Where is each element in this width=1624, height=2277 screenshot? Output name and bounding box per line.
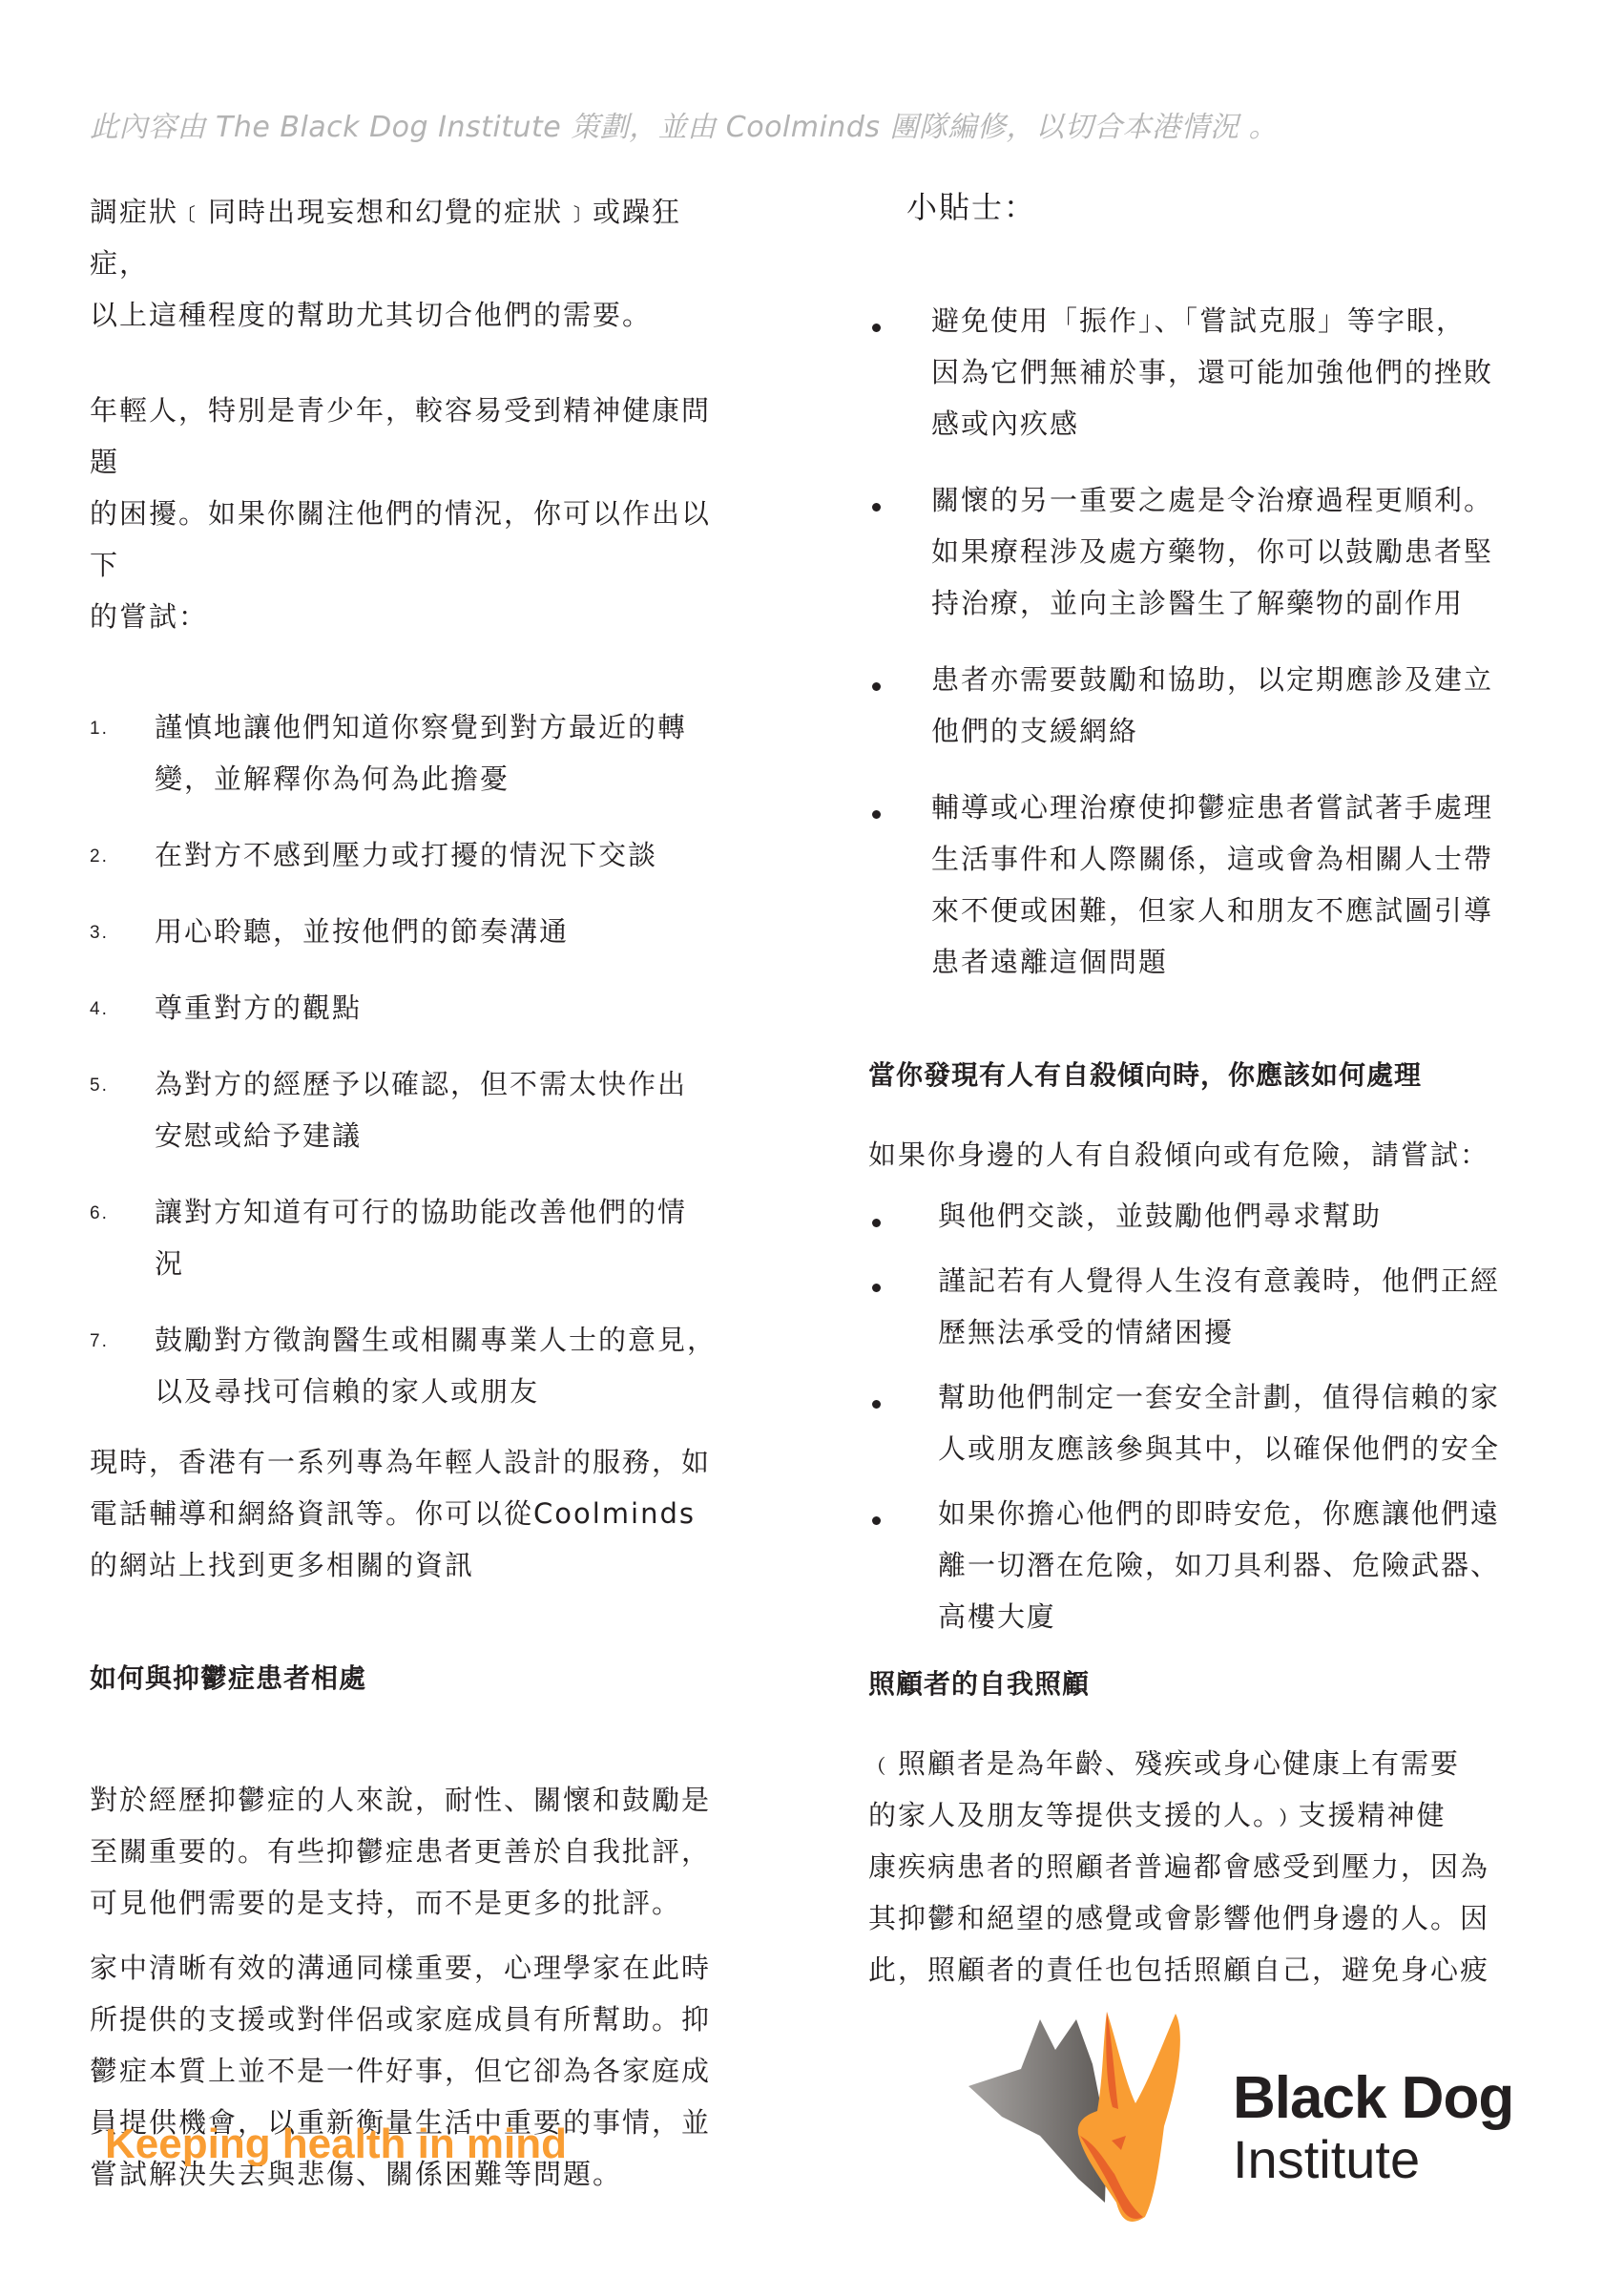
black-dog-institute-logo: Black Dog Institute: [964, 2012, 1536, 2231]
bullet-icon: [872, 324, 881, 332]
section-heading-living-with-depression: 如何與抑鬱症患者相處: [90, 1660, 739, 1698]
list-item: 關懷的另一重要之處是令治療過程更順利。 如果療程涉及處方藥物，你可以鼓勵患者堅 …: [868, 474, 1517, 629]
logo-line-2: Institute: [1233, 2128, 1513, 2191]
list-item: 1. 謹慎地讓他們知道你察覺到對方最近的轉 變，並解釋你為何為此擔憂: [90, 701, 739, 804]
page-header-credit: 此內容由 The Black Dog Institute 策劃，並由 Coolm…: [90, 103, 1426, 145]
list-item: 輔導或心理治療使抑鬱症患者嘗試著手處理 生活事件和人際關係，這或會為相關人士帶 …: [868, 782, 1517, 988]
right-column: 小貼士： 避免使用「振作」、「嘗試克服」等字眼， 因為它們無補於事，還可能加強他…: [868, 186, 1517, 1995]
bullet-icon: [872, 682, 881, 691]
list-item: 3. 用心聆聽，並按他們的節奏溝通: [90, 906, 739, 957]
tips-heading: 小貼士：: [868, 186, 1517, 228]
intro-paragraph: 調症狀﹝同時出現妄想和幻覺的症狀﹞或躁狂症， 以上這種程度的幫助尤其切合他們的需…: [90, 186, 739, 341]
list-item: 患者亦需要鼓勵和協助，以定期應診及建立 他們的支緩網絡: [868, 654, 1517, 757]
logo-wordmark: Black Dog Institute: [1233, 2069, 1513, 2191]
bullet-icon: [872, 1400, 881, 1409]
list-item: 6. 讓對方知道有可行的協助能改善他們的情 況: [90, 1186, 739, 1289]
bullet-icon: [872, 503, 881, 512]
carer-paragraph: ﹙照顧者是為年齡、殘疾或身心健康上有需要 的家人及朋友等提供支援的人。﹚支援精神…: [868, 1738, 1517, 1995]
list-item: 2. 在對方不感到壓力或打擾的情況下交談: [90, 829, 739, 881]
list-item: 避免使用「振作」、「嘗試克服」等字眼， 因為它們無補於事，還可能加強他們的挫敗 …: [868, 295, 1517, 449]
logo-line-1: Black Dog: [1233, 2069, 1513, 2128]
tips-list: 避免使用「振作」、「嘗試克服」等字眼， 因為它們無補於事，還可能加強他們的挫敗 …: [868, 295, 1517, 988]
list-item: 幫助他們制定一套安全計劃，值得信賴的家 人或朋友應該參與其中，以確保他們的安全: [868, 1371, 1517, 1474]
footer-tagline: Keeping health in mind: [105, 2120, 567, 2168]
section-heading-carer-self-care: 照顧者的自我照顧: [868, 1665, 1517, 1703]
left-column: 調症狀﹝同時出現妄想和幻覺的症狀﹞或躁狂症， 以上這種程度的幫助尤其切合他們的需…: [90, 186, 739, 2200]
bullet-icon: [872, 1516, 881, 1525]
section-heading-suicide: 當你發現有人有自殺傾向時，你應該如何處理: [868, 1056, 1517, 1095]
list-item: 7. 鼓勵對方徵詢醫生或相關專業人士的意見， 以及尋找可信賴的家人或朋友: [90, 1314, 739, 1417]
suicide-list: 與他們交談，並鼓勵他們尋求幫助 謹記若有人覺得人生沒有意義時，他們正經 歷無法承…: [868, 1190, 1517, 1642]
bullet-icon: [872, 1219, 881, 1227]
list-item: 4. 尊重對方的觀點: [90, 982, 739, 1034]
suicide-intro: 如果你身邊的人有自殺傾向或有危險，請嘗試：: [868, 1129, 1517, 1180]
list-item: 5. 為對方的經歷予以確認，但不需太快作出 安慰或給予建議: [90, 1058, 739, 1161]
list-item: 與他們交談，並鼓勵他們尋求幫助: [868, 1190, 1517, 1242]
bullet-icon: [872, 1284, 881, 1292]
youth-paragraph: 年輕人，特別是青少年，較容易受到精神健康問題 的困擾。如果你關注他們的情況，你可…: [90, 385, 739, 642]
hand-dog-shadow-icon: [964, 2012, 1221, 2231]
list-item: 如果你擔心他們的即時安危，你應讓他們遠 離一切潛在危險，如刀具利器、危險武器、 …: [868, 1488, 1517, 1642]
steps-list: 1. 謹慎地讓他們知道你察覺到對方最近的轉 變，並解釋你為何為此擔憂 2. 在對…: [90, 701, 739, 1417]
list-item: 謹記若有人覺得人生沒有意義時，他們正經 歷無法承受的情緒困擾: [868, 1255, 1517, 1358]
bullet-icon: [872, 810, 881, 819]
patience-paragraph: 對於經歷抑鬱症的人來說，耐性、關懷和鼓勵是 至關重要的。有些抑鬱症患者更善於自我…: [90, 1774, 739, 1929]
services-paragraph: 現時，香港有一系列專為年輕人設計的服務，如 電話輔導和網絡資訊等。你可以從Coo…: [90, 1436, 739, 1591]
